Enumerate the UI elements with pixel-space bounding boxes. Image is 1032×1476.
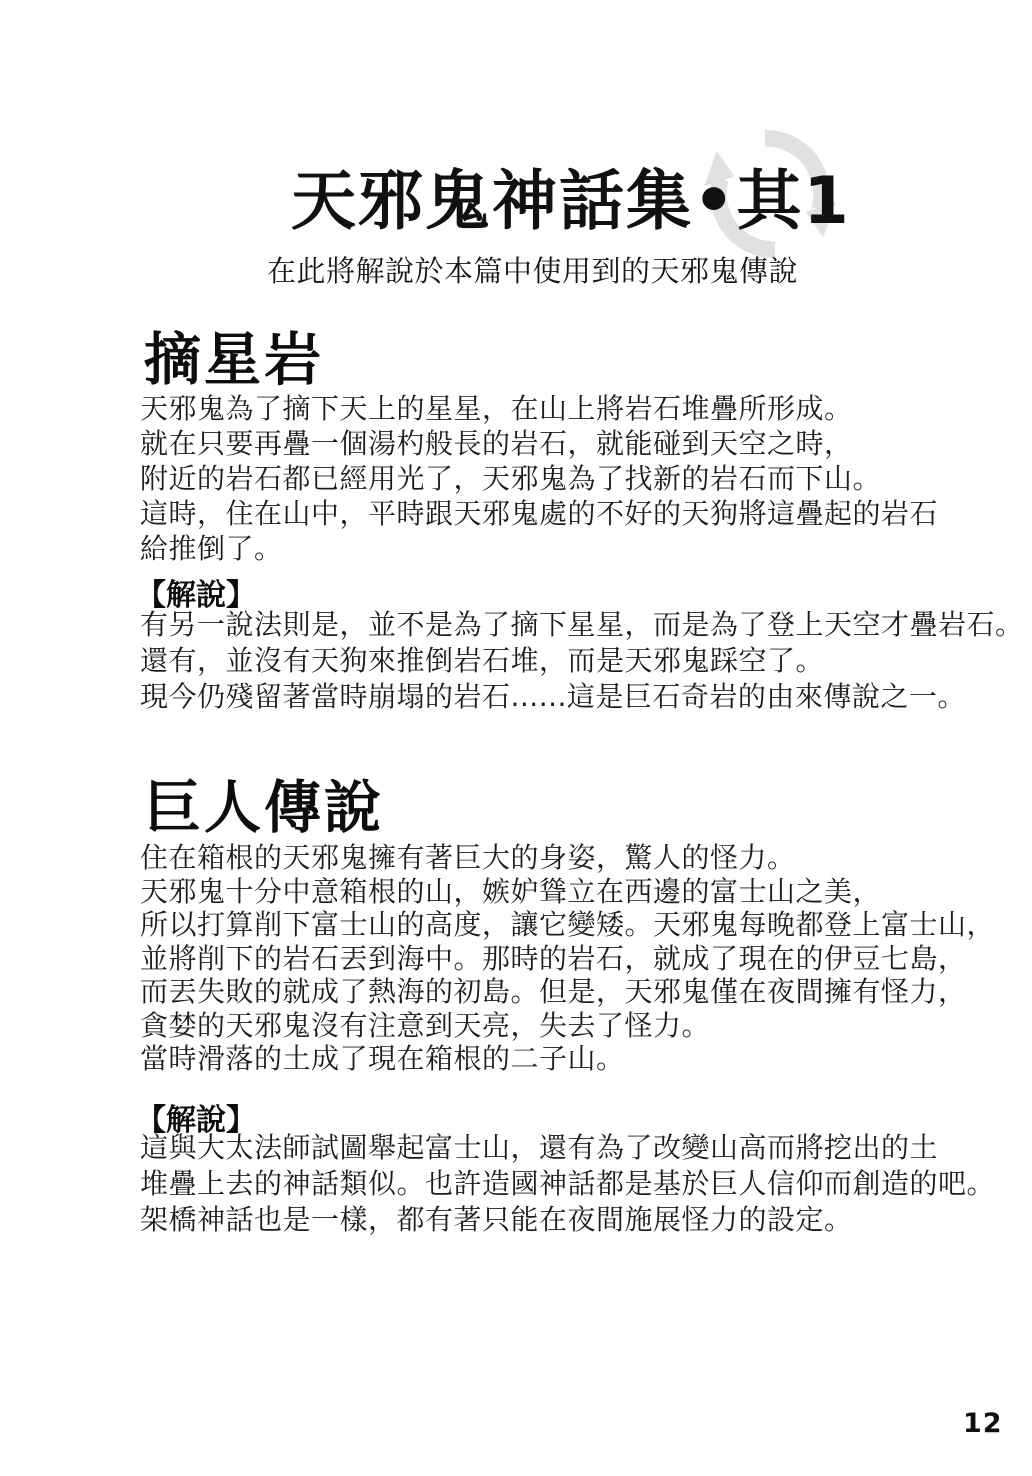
body-line: 給推倒了。 xyxy=(140,531,938,566)
commentary-line: 這與大太法師試圖舉起富士山，還有為了改變山高而將挖出的土 xyxy=(140,1130,995,1166)
section-body: 住在箱根的天邪鬼擁有著巨大的身姿，驚人的怪力。 天邪鬼十分中意箱根的山，嫉妒聳立… xyxy=(140,841,995,1076)
commentary-line: 還有，並沒有天狗來推倒岩石堆，而是天邪鬼踩空了。 xyxy=(140,643,1024,679)
page-subtitle: 在此將解說於本篇中使用到的天邪鬼傳說 xyxy=(267,249,798,290)
commentary-line: 有另一說法則是，並不是為了摘下星星，而是為了登上天空才疊岩石。 xyxy=(140,607,1024,643)
body-line: 天邪鬼十分中意箱根的山，嫉妒聳立在西邊的富士山之美， xyxy=(140,875,995,909)
body-line: 天邪鬼為了摘下天上的星星，在山上將岩石堆疊所形成。 xyxy=(140,391,938,426)
body-line: 而丟失敗的就成了熱海的初島。但是，天邪鬼僅在夜間擁有怪力， xyxy=(140,975,995,1009)
commentary-line: 架橋神話也是一樣，都有著只能在夜間施展怪力的設定。 xyxy=(140,1202,995,1238)
body-line: 並將削下的岩石丟到海中。那時的岩石，就成了現在的伊豆七島， xyxy=(140,942,995,976)
page-title: 天邪鬼神話集•其1 xyxy=(291,148,851,242)
body-line: 附近的岩石都已經用光了，天邪鬼為了找新的岩石而下山。 xyxy=(140,461,938,496)
section-heading-hoshi-tsumi-iwa: 摘星岩 xyxy=(144,314,324,396)
body-line: 所以打算削下富士山的高度，讓它變矮。天邪鬼每晚都登上富士山， xyxy=(140,908,995,942)
body-line: 這時，住在山中，平時跟天邪鬼處的不好的天狗將這疊起的岩石 xyxy=(140,496,938,531)
body-line: 就在只要再疊一個湯杓般長的岩石，就能碰到天空之時， xyxy=(140,426,938,461)
commentary-body: 這與大太法師試圖舉起富士山，還有為了改變山高而將挖出的土 堆疊上去的神話類似。也… xyxy=(140,1130,995,1238)
document-page: 天邪鬼神話集•其1 在此將解說於本篇中使用到的天邪鬼傳說 摘星岩 天邪鬼為了摘下… xyxy=(0,0,1032,1476)
body-line: 住在箱根的天邪鬼擁有著巨大的身姿，驚人的怪力。 xyxy=(140,841,995,875)
body-line: 貪婪的天邪鬼沒有注意到天亮，失去了怪力。 xyxy=(140,1009,995,1043)
commentary-line: 現今仍殘留著當時崩塌的岩石......這是巨石奇岩的由來傳說之一。 xyxy=(140,679,1024,715)
section-heading-kyojin-densetsu: 巨人傳說 xyxy=(144,762,384,844)
commentary-line: 堆疊上去的神話類似。也許造國神話都是基於巨人信仰而創造的吧。 xyxy=(140,1166,995,1202)
commentary-body: 有另一說法則是，並不是為了摘下星星，而是為了登上天空才疊岩石。 還有，並沒有天狗… xyxy=(140,607,1024,715)
body-line: 當時滑落的土成了現在箱根的二子山。 xyxy=(140,1042,995,1076)
section-body: 天邪鬼為了摘下天上的星星，在山上將岩石堆疊所形成。 就在只要再疊一個湯杓般長的岩… xyxy=(140,391,938,566)
page-number: 12 xyxy=(963,1408,1003,1439)
